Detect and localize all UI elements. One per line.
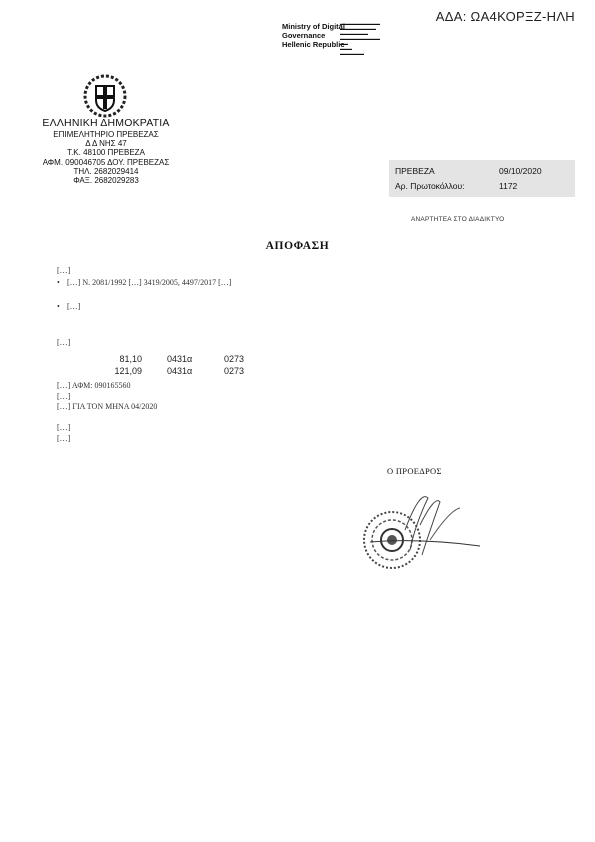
ministry-line-2: Governance — [282, 31, 345, 40]
signer-title: Ο ΠΡΟΕΔΡΟΣ — [387, 466, 442, 476]
issuer-block: ΕΛΛΗΝΙΚΗ ΔΗΜΟΚΡΑΤΙΑ ΕΠΙΜΕΛΗΤΗΡΙΟ ΠΡΕΒΕΖΑ… — [20, 117, 192, 185]
issuer-line: ΤΗΛ. 2682029414 — [20, 167, 192, 176]
code-cell: 0273 — [224, 366, 244, 378]
kae-cell: 0431α — [167, 366, 192, 378]
official-stamp-signature-icon — [360, 480, 490, 580]
beneficiary-paragraph: […] ΑΦΜ: 090165560 […] […] ΓΙΑ ΤΟΝ ΜΗΝΑ … — [57, 381, 537, 413]
bullet-icon: • — [57, 278, 60, 289]
bullet-item: • […] Ν. 2081/1992 […] 3419/2005, 4497/2… — [57, 278, 527, 289]
ada-code: ΑΔΑ: ΩΑ4ΚΟΡΞΖ-ΗΛΗ — [436, 9, 575, 24]
issuer-line: ΑΦΜ. 090046705 ΔΟΥ. ΠΡΕΒΕΖΑΣ — [20, 158, 192, 167]
ministry-line-3: Hellenic Republic — [282, 40, 345, 49]
bullet-text: […] — [57, 302, 527, 313]
place-label: ΠΡΕΒΕΖΑ — [395, 166, 435, 176]
bullet-icon: • — [57, 302, 60, 313]
issuer-line: Δ Δ ΝΗΣ 47 — [20, 139, 192, 148]
code-cell: 0273 — [224, 354, 244, 366]
intro-text: […] — [57, 266, 70, 277]
bullet-text: […] Ν. 2081/1992 […] 3419/2005, 4497/201… — [57, 278, 527, 289]
issuer-line: ΦΑΞ. 2682029283 — [20, 176, 192, 185]
decision-paragraph: […] […] — [57, 423, 537, 444]
expense-table-header: […] — [57, 338, 70, 349]
amount-cell: 121,09 — [112, 366, 142, 378]
protocol-label: Αρ. Πρωτοκόλλου: — [395, 181, 465, 191]
protocol-number: 1172 — [499, 181, 517, 191]
date-value: 09/10/2020 — [499, 166, 542, 176]
bullet-item: • […] — [57, 302, 527, 313]
issuer-country: ΕΛΛΗΝΙΚΗ ΔΗΜΟΚΡΑΤΙΑ — [20, 117, 192, 130]
protocol-info-box: ΠΡΕΒΕΖΑ 09/10/2020 Αρ. Πρωτοκόλλου: 1172 — [389, 160, 575, 197]
ministry-line-1: Ministry of Digital — [282, 22, 345, 31]
paragraph-line: […] ΑΦΜ: 090165560 — [57, 381, 537, 392]
ministry-label: Ministry of Digital Governance Hellenic … — [282, 22, 345, 49]
paragraph-line: […] — [57, 423, 537, 434]
document-title: ΑΠΟΦΑΣΗ — [0, 240, 595, 252]
issuer-line: ΕΠΙΜΕΛΗΤΗΡΙΟ ΠΡΕΒΕΖΑΣ — [20, 130, 192, 139]
issuer-line: Τ.Κ. 48100 ΠΡΕΒΕΖΑ — [20, 148, 192, 157]
paragraph-line: […] ΓΙΑ ΤΟΝ ΜΗΝΑ 04/2020 — [57, 402, 537, 413]
paragraph-line: […] — [57, 392, 537, 403]
amount-cell: 81,10 — [112, 354, 142, 366]
paragraph-line: […] — [57, 434, 537, 445]
digital-signature-details: ▬▬▬▬▬▬▬▬▬▬▬▬▬▬▬▬▬▬▬▬▬▬▬▬▬▬ ▬▬▬▬▬▬▬▬▬▬▬▬▬… — [340, 21, 390, 56]
posted-online-note: ΑΝΑΡΤΗΤΕΑ ΣΤΟ ΔΙΑΔΙΚΤΥΟ — [411, 216, 504, 223]
kae-cell: 0431α — [167, 354, 192, 366]
greek-coat-of-arms-icon — [82, 73, 128, 119]
